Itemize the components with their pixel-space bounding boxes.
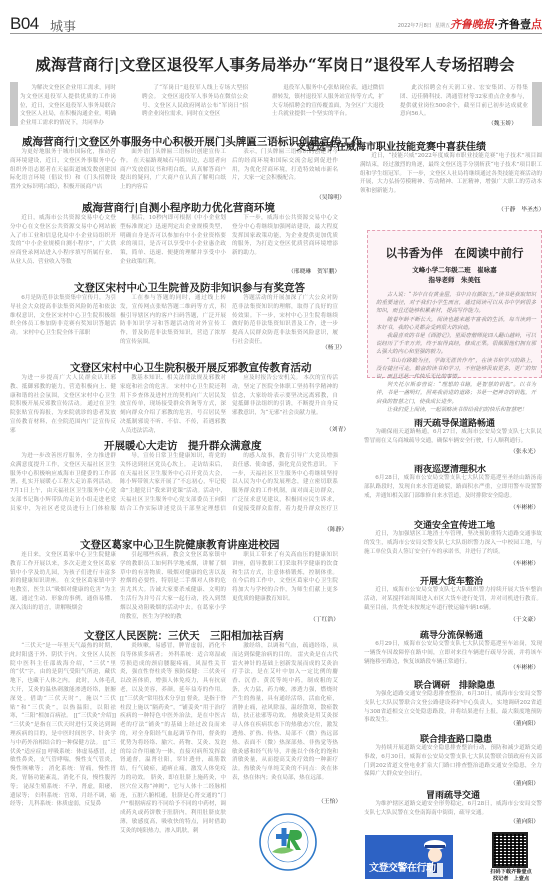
reading-para: 列夫托尔斯泰曾说：“理想的书籍，是智慧的钥匙”。以书为伴，书是一盏明灯，照亮我前… — [376, 381, 536, 406]
article-title-anti-fundraising: 文登区宋村中心卫生院普及防非知识参与有奖竞答 — [74, 280, 305, 295]
brand-logo: 齐鲁晚报·齐鲁壹点 — [450, 16, 542, 32]
decorative-bar-right — [532, 82, 542, 126]
health-lecture-col-1: 连日来，文登区葛家中心卫生院健康教育工作开展以来，多次走进文登区葛家镇中小学及幼… — [10, 551, 116, 621]
foreign-affairs-col-3: 表示，门头牌匾三语标识的创建对今后的经商环境和国际交流会起到促进作用，为优化营商… — [232, 148, 338, 192]
vocational-text: 近日，“技能兴威”2022年度威海市职业技能竞赛“电子技术”项目圆满结束，经过激… — [360, 152, 542, 212]
warm-visit-col-1: 为进一步改善医疗服务，全力推进群众满意度提升工作，文登区天福社区卫生服务中心积极… — [10, 452, 116, 512]
article-title-warm-visit: 开展暖心大走访 提升群众满意度 — [104, 438, 262, 453]
page-number: B04 — [10, 14, 39, 34]
brief-byline: （于文豪） — [510, 614, 539, 623]
section-name: 城事 — [50, 16, 76, 35]
article-title-anti-cult: 文登区宋村中心卫生院积极开展反邪教宣传教育活动 — [70, 360, 312, 375]
anti-cult-col-1: 为进一步提高广大人民群众认识邪教、抵御邪教的能力，营造积极向上、健康和谐的社会氛… — [10, 374, 116, 434]
reading-teacher: 指导老师 朱美钰 — [368, 275, 541, 284]
qr-caption-line1: 扫码下载齐鲁壹点 — [484, 869, 538, 876]
brief-byline: （车彬彬） — [510, 502, 539, 511]
sanfu-byline: （王怡） — [318, 796, 341, 805]
brief-byline: （车彬彬） — [510, 558, 539, 567]
reading-essay-box: 以书香为伴 在阅读中前行 文峰小学二年级二班 崔咏嘉 指导老师 朱美钰 古人说：… — [367, 230, 542, 378]
vocational-byline: （于静 毕圣杰） — [498, 204, 544, 213]
qr-caption: 扫码下载齐鲁壹点 找记者 上壹点 — [484, 869, 538, 882]
anti-cult-byline: （刘青） — [326, 424, 349, 433]
decorative-bar-left — [10, 82, 18, 126]
brief-byline: （张永光） — [510, 446, 539, 455]
reading-author: 文峰小学二年级二班 崔咏嘉 — [368, 265, 541, 274]
lead-col-2: 了“军岗日”退役军人线上专场大型招聘会。 文登区退役军人事务局在微信公众号、文登… — [142, 84, 248, 128]
qr-caption-line2: 找记者 上壹点 — [484, 876, 538, 883]
warm-visit-byline: （陈静） — [324, 524, 347, 533]
reading-para: “书山有路勤为径，学海无涯苦作舟”，在读书和学习的路上，没有捷径可走，勤奋的读书… — [376, 357, 536, 382]
mini-program-col-2: 据后，10秒内即可根据《中小企业划型标准规定》迅速判定出企业规模类型，明确自身是… — [120, 214, 226, 276]
article-title-sanfu: 文登区人民医院：三伏天 三阳相加祛百病 — [84, 628, 284, 643]
hospital-logo-icon — [258, 812, 318, 872]
article-title-health-lecture: 文登区葛家中心卫生院健康教育讲座进校园 — [80, 537, 280, 552]
traffic-police-banner: 文登交警在行动 — [365, 835, 453, 879]
reading-body: 古人说：“书中自有黄金屋，书中自有颜如玉。”读书是获取知识的重要途径，对于我们小… — [376, 291, 536, 414]
brand-qilu-evening: 齐鲁晚报 — [450, 18, 494, 31]
sanfu-col-3: 激经络，以调和气血，疏通经络，从而达到保健治病的目的。 雷火灸是在古代雷火神针的… — [232, 642, 338, 802]
warm-visit-col-3: 的感人故事，教育引导广大党员增强责任感、使命感，强化党员党性意识。 下一步，天福… — [232, 452, 338, 512]
reading-para: 古人说：“书中自有黄金屋，书中自有颜如玉。”读书是获取知识的重要途径，对于我们小… — [376, 291, 536, 316]
health-lecture-col-2: 引起哪些疾病，教会文登区葛家镇中学的教职员工如何科学地戒烟，讲解了烟草中的有害物… — [120, 551, 226, 621]
reading-para: 随着年龄不断长大，阅读也越来越丰富我的生活，每当读到一本好书，我的心灵都会受到很… — [376, 316, 536, 332]
fundraising-col-2: 工在参与答题的同时，通过线上转发，宣传网点张贴答题二维码等方式，积极引导辖区内的… — [120, 294, 226, 354]
masthead: B04 城事 2022年7月8日 星期五 齐鲁晚报·齐鲁壹点 — [10, 14, 542, 34]
weekday-text: 星期五 — [435, 23, 450, 29]
brand-dot: 点 — [531, 18, 542, 31]
reading-para: 我最喜欢的书是《西游记》，里面唐僧师徒四人翻山越岭，可以说经历了千辛万苦，终于取… — [376, 332, 536, 357]
fundraising-col-1: 6月是防范非法集资集中宣传月，为引导社会大众提高非法集资风险防范和依法维权意识，… — [10, 294, 116, 354]
foreign-affairs-byline: （吴锦明） — [316, 192, 345, 201]
sanfu-col-2: 炎咳嗽，易感冒，脾胃虚弱，消化不良等体质多病者； 外科系统：适合寒湿或劳损造成的… — [120, 642, 226, 882]
fundraising-byline: （杨卫） — [322, 342, 345, 351]
brief-byline: （董向阳） — [510, 778, 539, 787]
qr-code-icon[interactable] — [492, 832, 528, 868]
brief-byline: （董向阳） — [510, 718, 539, 727]
lead-col-3: 退役军人服务中心张贴岗位表，通过微信群转发，镇村退役军人服务站宣传等方式，扩大专… — [272, 84, 384, 128]
main-headline: 威海营商行|文登区退役军人事务局举办“军岗日”退役军人专场招聘会 — [0, 53, 550, 75]
reading-para: 让我们爱上阅读，一起领略读书带给我们的快乐和智慧吧！ — [376, 406, 536, 414]
banner-text: 文登交警在行动 — [369, 859, 436, 874]
article-title-mini-program: 威海营商行|自测小程序助力优化营商环境 — [82, 200, 275, 215]
warm-visit-col-2: 导，宣传日常卫生健康知识，将党的关怀送到社区党员心坎上。 走访结束后，在天福社区… — [120, 452, 226, 512]
anti-cult-col-2: 教基本知识、相关法律法规及邪教对家庭和社会的危害。 宋村中心卫生院还利用下乡查体… — [120, 374, 226, 434]
brief-byline: （董向阳） — [510, 816, 539, 825]
lead-byline: （魏玉娇） — [488, 118, 517, 127]
brief-body: 为持续开展道路交通安全隐患排查整治行动，预防和减少道路交通事故，6月30日，威海… — [364, 744, 542, 780]
mini-program-byline: （邢晓琳 贺军鹏） — [288, 266, 340, 275]
foreign-affairs-col-1: 为更好地服务于城市国际化，推动营商环境建设，近日，文登区外事服务中心组织外语志愿… — [10, 148, 116, 192]
health-lecture-col-3: 职员工带来了有关高血压的健康知识讲座，倡导教职工们采取科学健康的饮食和生活方式，… — [232, 551, 338, 611]
brief-byline: （车彬彬） — [510, 662, 539, 671]
health-lecture-byline: （丁红浩） — [310, 614, 339, 623]
foreign-affairs-col-2: 面外语门头牌匾三语标识创建宣传工作。 在天福路观城石马街周边，志愿者向商户发放倡… — [120, 148, 226, 192]
anti-cult-col-3: 应及时报告公安机关。 本次的宣传活动，坚定了医院全体职工坚持科学精神的信念，大家… — [232, 374, 338, 434]
brand-qilu-yidian: 齐鲁壹 — [498, 18, 531, 31]
article-title-vocational: 文登选手在威海市职业技能竞赛中喜获佳绩 — [296, 138, 486, 153]
sanfu-col-1: “三伏天”是一年里天气最热的时期，此时阳盛于外、阴伏于内。文登区人民医院中医科主… — [10, 642, 116, 882]
mini-program-col-1: 近日，威海市公共资源交易中心文登分中心在文登区公共资源交易中心网站嵌入了市工业和… — [10, 214, 116, 276]
reading-title: 以书香为伴 在阅读中前行 — [368, 245, 541, 261]
lead-col-1: 为解决文登区企业用工需求，同时为文登区退役军人提供优质的工作岗位，近日，文登区退… — [20, 84, 116, 128]
issue-date: 2022年7月8日 星期五 — [398, 22, 450, 29]
date-text: 2022年7月8日 — [398, 23, 432, 29]
